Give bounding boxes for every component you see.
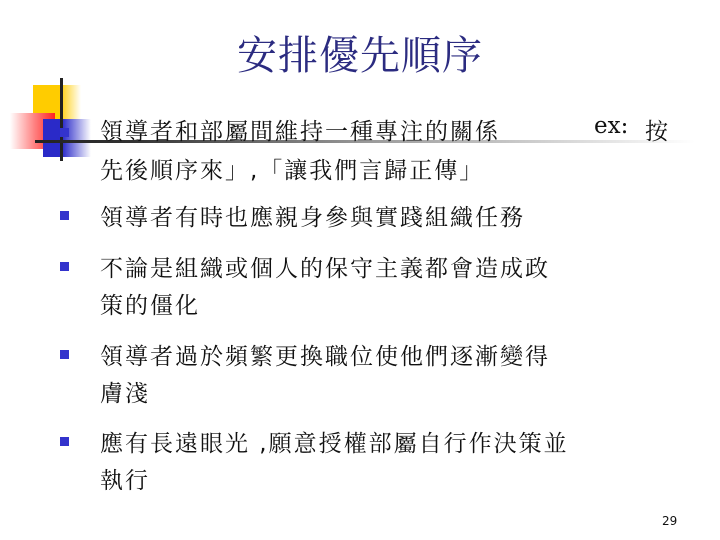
bullet-5-line-2: 執行 — [100, 462, 150, 495]
bullet-5-line-1: 應有長遠眼光 ,願意授權部屬自行作決策並 — [100, 425, 569, 458]
logo-vertical-line — [60, 78, 63, 161]
bullet-4-line-2: 膚淺 — [100, 375, 150, 408]
bullet-3-line-1: 不論是組織或個人的保守主義都會造成政 — [100, 250, 550, 283]
bullet-icon — [60, 211, 69, 220]
bullet-icon — [60, 128, 69, 137]
bullet-2-line-1: 領導者有時也應親身參與實踐組織任務 — [100, 199, 525, 232]
logo-blue-square — [43, 119, 91, 157]
bullet-icon — [60, 350, 69, 359]
slide-title: 安排優先順序 — [0, 24, 720, 81]
bullet-4-line-1: 領導者過於頻繁更換職位使他們逐漸變得 — [100, 338, 550, 371]
bullet-icon — [60, 262, 69, 271]
bullet-1-ex-label: ex: — [594, 113, 628, 139]
bullet-1-line-1: 領導者和部屬間維持一種專注的關係 — [100, 113, 500, 146]
bullet-icon — [60, 437, 69, 446]
bullet-1-line-2: 先後順序來」,「讓我們言歸正傳」 — [100, 152, 484, 185]
bullet-1-ex-text: 按 — [645, 113, 668, 146]
page-number: 29 — [662, 514, 677, 528]
bullet-3-line-2: 策的僵化 — [100, 287, 200, 320]
